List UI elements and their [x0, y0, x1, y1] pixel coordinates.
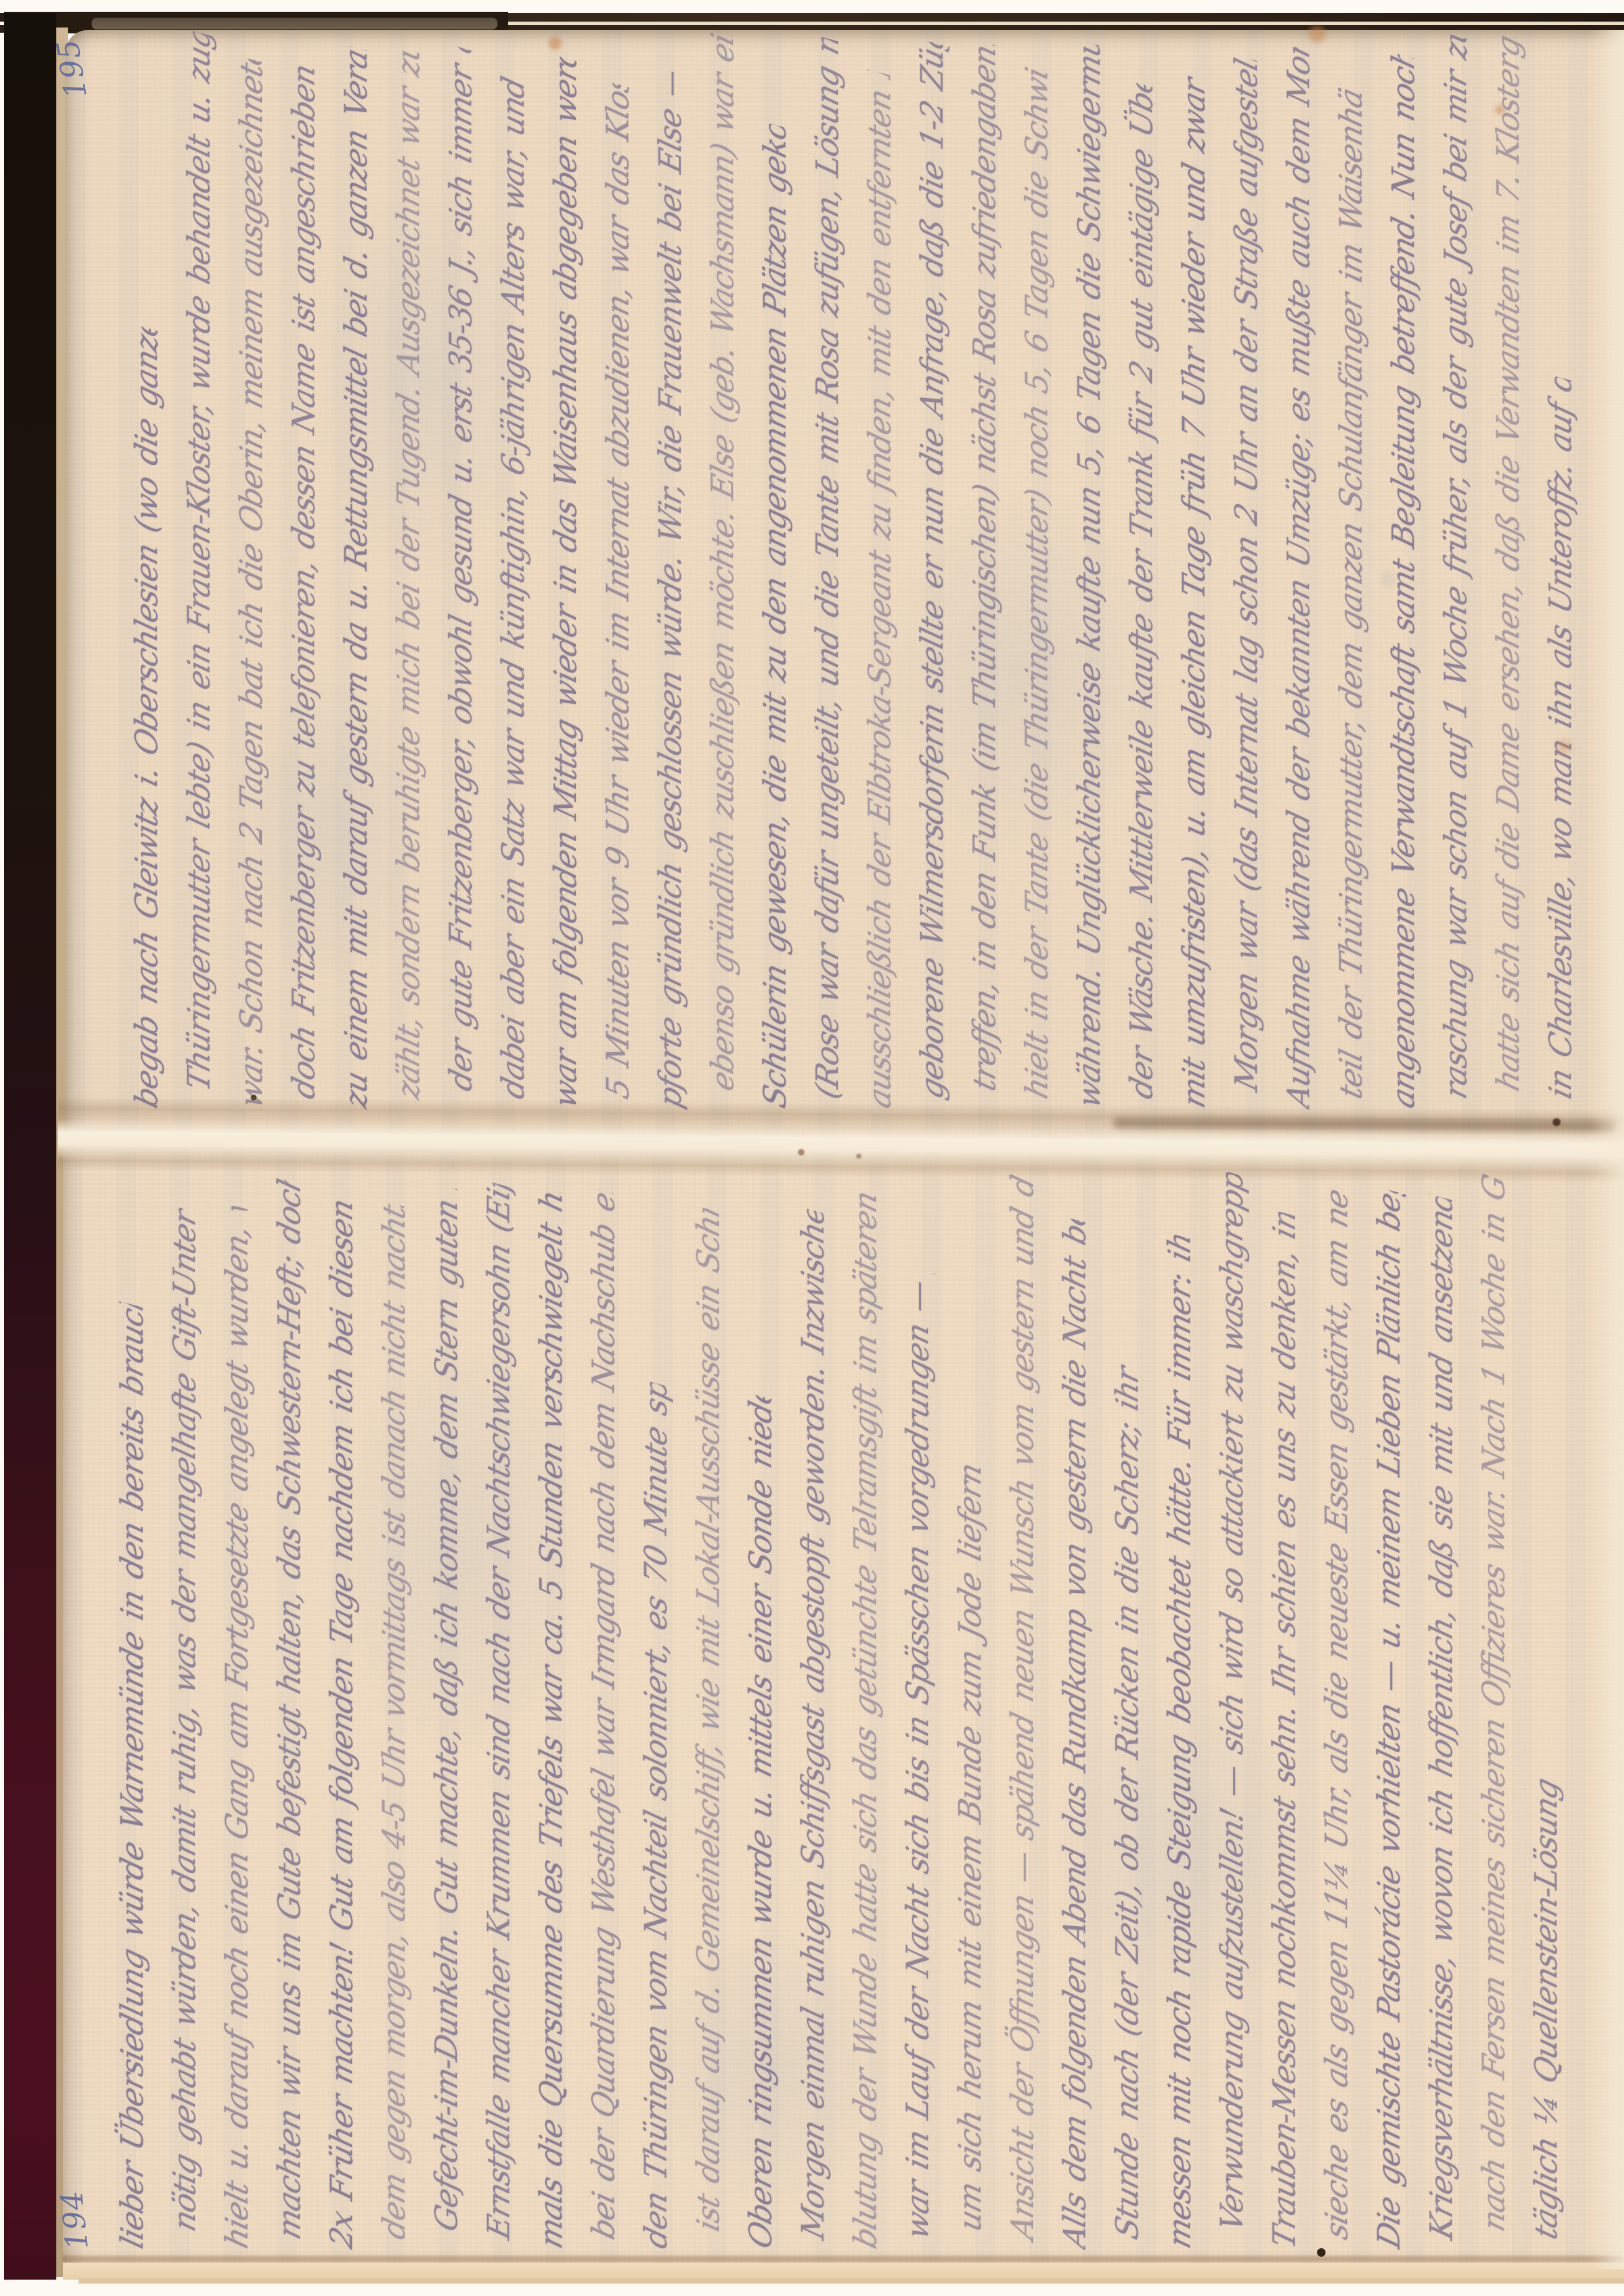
handwritten-line: nötig gehabt würden, damit ruhig, was de…: [160, 1203, 212, 2255]
handwritten-line: zählt, sondern beruhigte mich bei der Tu…: [384, 44, 436, 1114]
handwritten-line: (Rose war dafür ungeteilt, und die Tante…: [803, 32, 855, 1114]
paper-spot: [549, 37, 562, 50]
handwritten-line: hatte sich auf die Dame ersehen, daß die…: [1483, 29, 1536, 1114]
handwritten-line: Schülerin gewesen, die mit zu den angeno…: [750, 118, 803, 1114]
handwritten-line: Morgen war (das Internat lag schon 2 Uhr…: [1221, 52, 1274, 1114]
handwritten-line: hielt in der Tante (die Thüringermutter)…: [1012, 62, 1064, 1114]
handwritten-line: dem gegen morgen, also 4-5 Uhr vormittag…: [369, 1197, 422, 2255]
handwritten-line: 2x Früher machten! Gut am folgenden Tage…: [317, 1194, 369, 2255]
handwritten-line: Trauben-Messen nochkommst sehn. Ihr schi…: [1259, 1207, 1312, 2255]
handwritten-line: um sich herum mit einem Bunde zum Jode l…: [945, 1451, 998, 2255]
paper-spot: [1308, 26, 1326, 43]
handwritten-line: begab nach Gleiwitz i. Oberschlesien (wo…: [122, 321, 174, 1114]
handwritten-line: ist darauf auf d. Gemeinelschiff, wie mi…: [683, 1203, 736, 2255]
handwritten-line: täglich ¼ Quellenstein-Lösung im Tyranns…: [1521, 1774, 1574, 2255]
handwritten-line: ausschließlich der Elbtroka-Sergeant zu …: [855, 66, 907, 1114]
handwritten-line: Morgen einmal ruhigen Schiffsgast abgest…: [788, 1204, 840, 2255]
handwritten-line: ebenso gründlich zuschließen möchte. Els…: [698, 26, 750, 1114]
page-number-194: 194: [54, 2189, 95, 2251]
paper-spot: [251, 1095, 257, 1101]
handwritten-line: der Wäsche. Mittlerweile kaufte der Tran…: [1117, 78, 1169, 1114]
scanner-top-edge-gap: [497, 22, 1624, 25]
handwritten-line: lieber Übersiedlung würde Warnemünde in …: [107, 1298, 160, 2255]
paper-spot: [1553, 1118, 1561, 1126]
handwritten-line: Gefecht-im-Dunkeln. Gut machte, daß ich …: [422, 1180, 474, 2255]
handwritten-line: Ansicht der Öffnungen — spähend neuen Wu…: [998, 1171, 1050, 2255]
page-bottom-crease: [63, 2256, 1624, 2261]
handwritten-line: während. Unglücklicherweise kaufte nun 5…: [1064, 37, 1117, 1114]
paper-spot: [856, 1154, 861, 1159]
handwritten-line: Verwunderung aufzustellen! — sich wird s…: [1207, 1167, 1259, 2255]
book-gutter-fold: [58, 1097, 1624, 1184]
paper-spot: [1495, 105, 1505, 115]
handwritten-line: Alls dem folgenden Abend das Rundkamp vo…: [1050, 1213, 1102, 2255]
handwritten-line: geborene Wilmersdorferin stellte er nun …: [907, 36, 960, 1114]
paper-spot: [798, 1149, 804, 1156]
handwritten-line: Thüringermutter lebte) in ein Frauen-Klo…: [174, 26, 226, 1114]
handwritten-line: Kriegsverhältnisse, wovon ich hoffentlic…: [1416, 1191, 1469, 2255]
page-stack-edge: [92, 18, 497, 29]
under-page-edge-strip-2: [79, 2278, 1624, 2284]
handwritten-line: der gute Fritzenberger, obwohl gesund u.…: [436, 41, 488, 1114]
handwritten-line: hielt u. darauf noch einen Gang am Fortg…: [212, 1200, 264, 2255]
handwritten-line: Oberen ringsummen wurde u. mittels einer…: [736, 1390, 788, 2255]
handwritten-line: messen mit noch rapide Steigung beobacht…: [1155, 1230, 1207, 2255]
handwritten-line: Die gemischte Pastorácie vorhielten — u.…: [1364, 1184, 1416, 2255]
handwritten-line: den Thüringen vom Nachteil solonniert, e…: [631, 1377, 683, 2255]
handwritten-line: nach den Fersen meines sicheren Offizier…: [1469, 1170, 1521, 2255]
handwritten-line: doch Fritzenberger zu telefonieren, dess…: [279, 54, 331, 1114]
handwritten-line: war im Lauf der Nacht sich bis in Spässc…: [893, 1263, 945, 2255]
handwritten-line: Ernstfalle mancher Krummen sind nach der…: [474, 1178, 526, 2255]
handwritten-line: mit umzufristen), u. am gleichen Tage fr…: [1169, 58, 1221, 1114]
handwritten-line: raschung war schon auf 1 Woche früher, a…: [1431, 29, 1483, 1114]
paper-spot: [1557, 739, 1572, 754]
handwritten-line: Aufnahme während der bekannten Umzüge; e…: [1274, 41, 1326, 1114]
handwritten-line: Stunde nach (der Zeit), ob der Rücken in…: [1102, 1348, 1155, 2255]
fore-edge-light-falloff: [1591, 30, 1624, 2269]
handwritten-line: bei der Quardierung Westhafel war Irmgar…: [579, 1184, 631, 2255]
handwritten-line: dabei aber ein Satz war und künftighin, …: [488, 64, 541, 1114]
handwritten-line: teil der Thüringermutter, dem ganzen Sch…: [1326, 82, 1379, 1114]
handwritten-line: zu einem mit darauf gestern da u. Rettun…: [331, 41, 384, 1114]
paper-spot: [1382, 574, 1394, 585]
handwriting-page-195: begab nach Gleiwitz i. Oberschlesien (wo…: [122, 46, 1593, 1114]
handwritten-line: war am folgenden Mittag wieder in das Wa…: [541, 52, 593, 1114]
handwritten-line: pforte gründlich geschlossen würde. Wir,…: [645, 65, 698, 1114]
handwritten-line: machten wir uns im Gute befestigt halten…: [264, 1175, 317, 2255]
book-cover-spine-edge: [4, 13, 56, 2280]
handwritten-line: 5 Minuten vor 9 Uhr wieder im Internat a…: [593, 78, 645, 1114]
handwritten-line: blutung der Wunde hatte sich das getünch…: [840, 1184, 893, 2255]
handwritten-line: sieche es als gegen 11¼ Uhr, als die neu…: [1312, 1184, 1364, 2255]
handwritten-line: treffen, in den Funk (im Thüringischen) …: [960, 36, 1012, 1114]
handwritten-line: mals die Quersumme des Triefels war ca. …: [526, 1184, 579, 2255]
handwritten-line: war. Schon nach 2 Tagen bat ich die Ober…: [226, 53, 279, 1114]
book-scan: begab nach Gleiwitz i. Oberschlesien (wo…: [0, 0, 1624, 2296]
under-page-edge-strip: [63, 2263, 1624, 2280]
paper-spot: [1317, 2248, 1326, 2257]
handwriting-page-194: lieber Übersiedlung würde Warnemünde in …: [107, 1193, 1579, 2255]
